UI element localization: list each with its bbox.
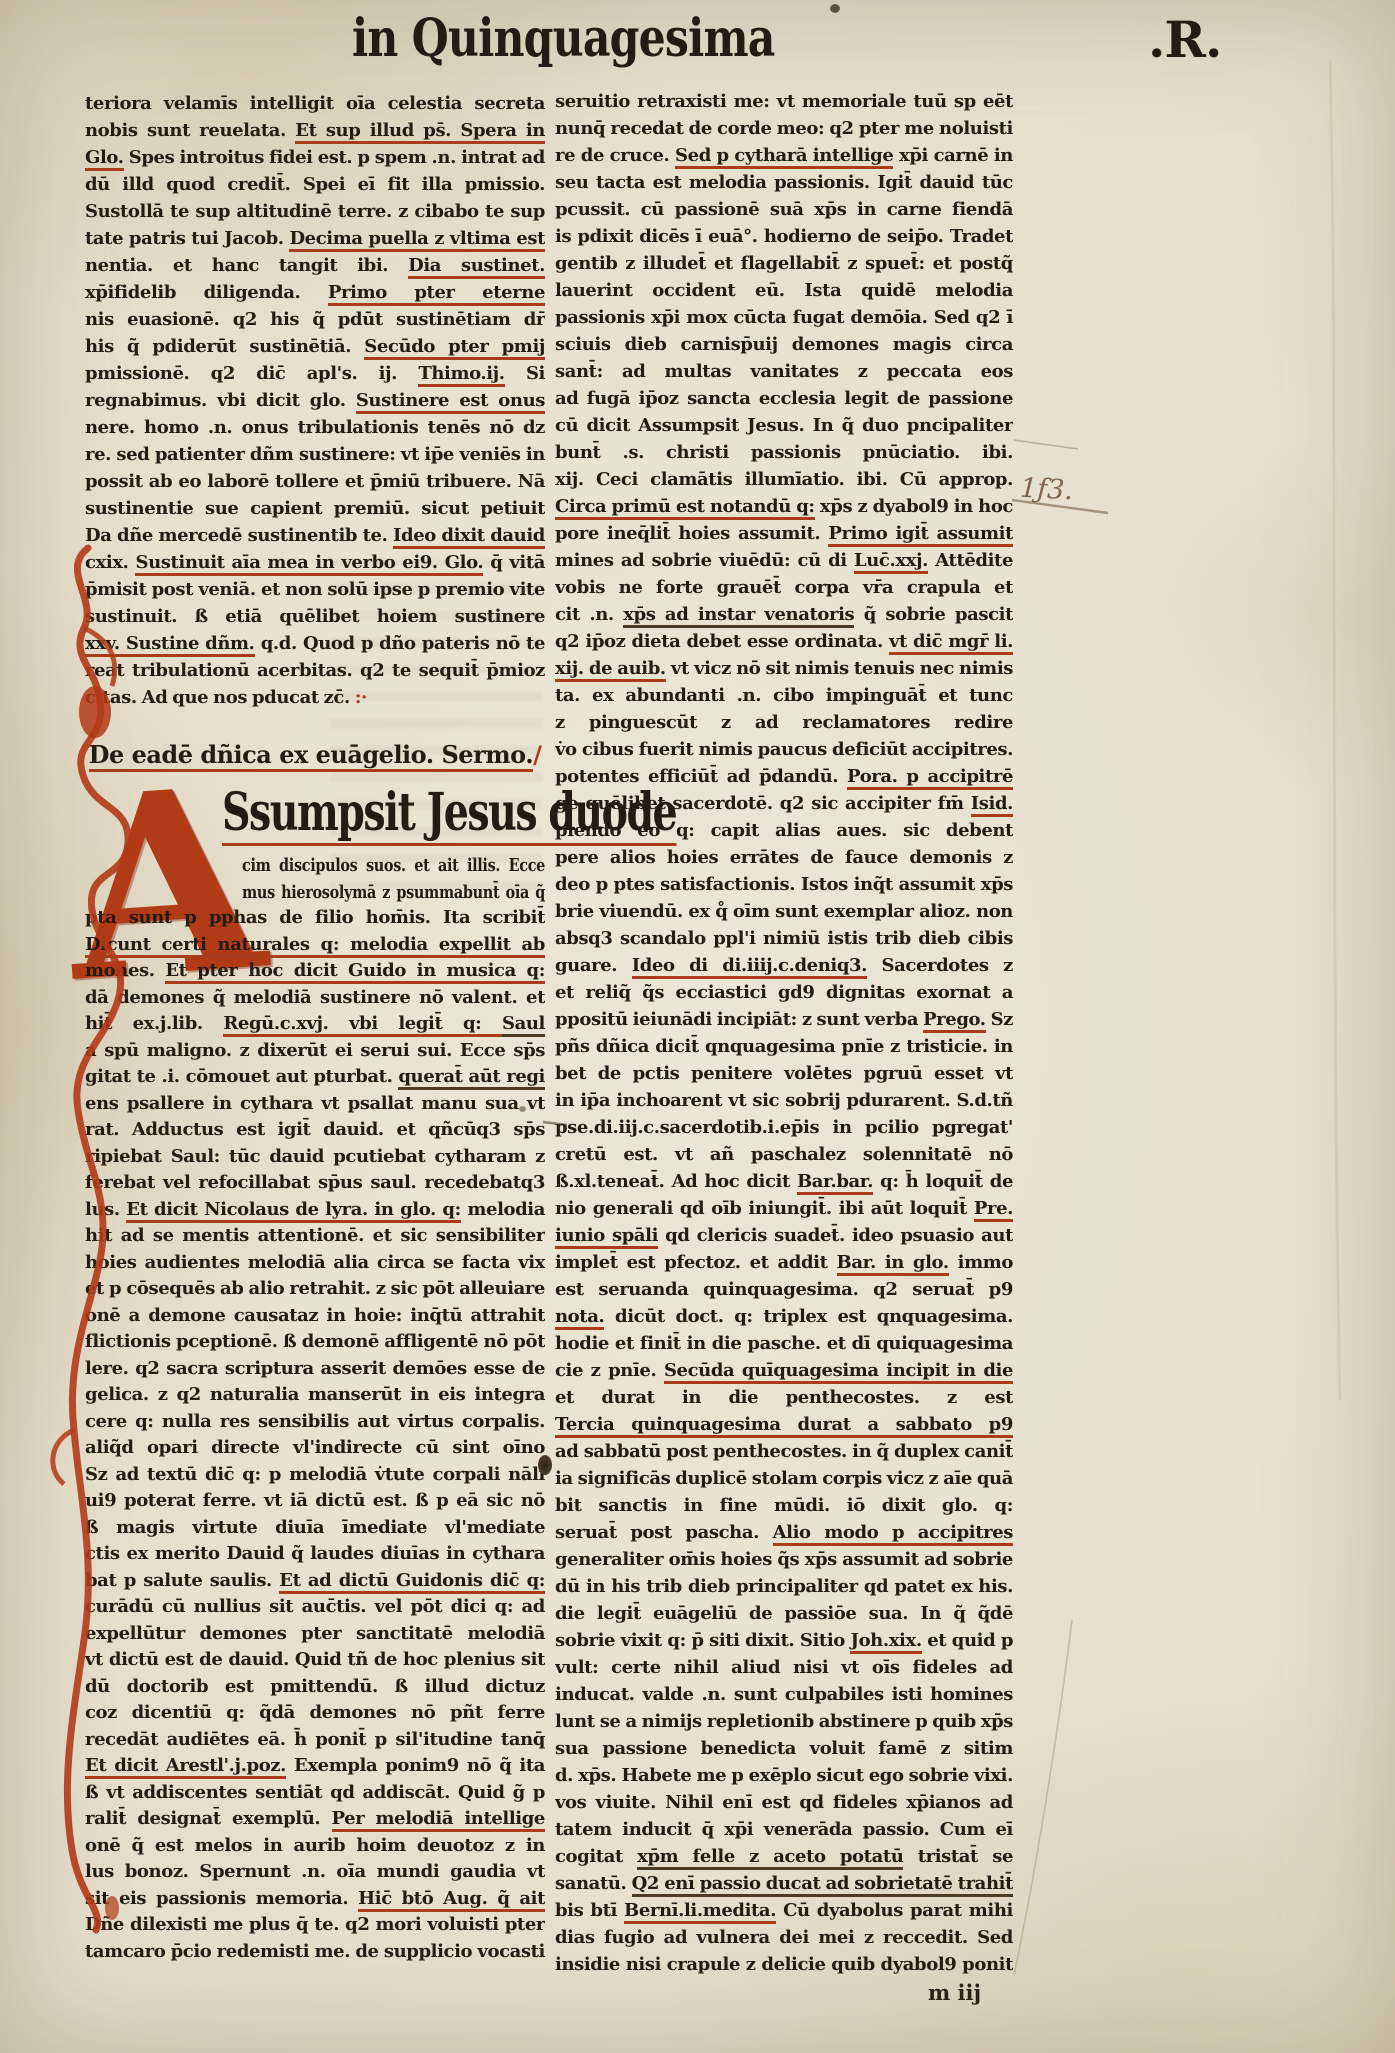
text-line: sua passione benedicta voluit famē z sit… — [555, 1735, 1013, 1762]
text-line: Glo. Spes introitus fidei est. p spem .n… — [85, 144, 545, 171]
text-line: dū in his trib dieb principaliter qd pat… — [555, 1573, 1013, 1600]
text-line: ta. ex abundanti .n. cibo impinguāt̄ et … — [555, 682, 1013, 709]
text-line: ß.xl.teneat̄. Ad hoc dicit Bar.bar. q: h… — [555, 1168, 1013, 1195]
text-line: et p cōsequēs ab alio retrahit. z sic pō… — [85, 1276, 545, 1303]
text-line: rat. Adductus est igit̄ dauid. et qñcūq3… — [85, 1117, 545, 1144]
text-line: ge quēlibet sacerdotē. q2 sic accipiter … — [555, 790, 1013, 817]
right-column: seruitio retraxisti me: vt memoriale tuū… — [555, 88, 1013, 1980]
incunable-page: in Quinquagesima .R. teriora velamīs int… — [0, 0, 1395, 2053]
text-line: xij. de auib. vt vicz nō sit nimis tenui… — [555, 655, 1013, 682]
text-line: hit̄ ex.j.lib. Regū.c.xvj. vbi legit̄ q:… — [85, 1011, 545, 1038]
text-line: ia significās duplicē stolam corpis vicz… — [555, 1465, 1013, 1492]
text-line: lunt se a nimijs repletionib abstinere p… — [555, 1708, 1013, 1735]
text-line: ad sabbatū post penthecostes. in q̃ dupl… — [555, 1438, 1013, 1465]
text-line: re de cruce. Sed p cytharā intellige xp̄… — [555, 142, 1013, 169]
text-line: mines ad sobrie viuēdū: cū di Luc̄.xxj. … — [555, 547, 1013, 574]
text-line: Et dicit Arestl'.j.poz. Exempla ponim9 n… — [85, 1753, 545, 1780]
text-line: reat tribulationū acerbitas. q2 te sequi… — [85, 657, 545, 684]
text-line: pore ineq̄lit̄ hoies assumit. Primo igit… — [555, 520, 1013, 547]
text-line: passionis xp̄i mox cūcta fugat demōia. S… — [555, 304, 1013, 331]
text-line: sustinuit. ß etiā quēlibet hoiem sustine… — [85, 603, 545, 630]
text-line: est seruanda quinquagesima. q2 seruat̄ p… — [555, 1276, 1013, 1303]
text-line: xij. Ceci clamātis illumīatio. ibi. Cū a… — [555, 466, 1013, 493]
text-line: flictionis pceptionē. ß demonē affligent… — [85, 1329, 545, 1356]
text-line: nio generali qd oīb iniungit̄. ibi aūt l… — [555, 1195, 1013, 1222]
text-line: in ip̄a inchoarent vt sic sobrij pdurare… — [555, 1087, 1013, 1114]
text-line: dū illd quod credit̄. Spei eī fit illa p… — [85, 171, 545, 198]
left-column-lower: pta sunt p pphas de filio hom̄is. Ita sc… — [85, 905, 545, 1967]
text-line: Dicunt certi naturales q: melodia expell… — [85, 932, 545, 959]
text-line: nunq̄ recedat de corde meo: q2 pter me n… — [555, 115, 1013, 142]
left-column-upper: teriora velamīs intelligit oīa celestia … — [85, 90, 545, 714]
text-line: ad fugā ip̄oz sancta ecclesia legit de p… — [555, 385, 1013, 412]
text-line: brie viuendū. ex q̊ oīm sunt exemplar al… — [555, 898, 1013, 925]
text-line: cit .n. xp̄s ad instar venatoris q̃ sobr… — [555, 601, 1013, 628]
text-line: possit ab eo laborē tollere et p̄miū tri… — [85, 468, 545, 495]
ink-speck — [830, 4, 840, 13]
text-line: onē a demone causataz in hoie: inq̄tū at… — [85, 1303, 545, 1330]
text-line: d. xp̄s. Habete me p exēplo sicut ego so… — [555, 1762, 1013, 1789]
text-line: lus. Et dicit Nicolaus de lyra. in glo. … — [85, 1197, 545, 1224]
text-line: et durat in die penthecostes. z est quīq… — [555, 1384, 1013, 1411]
text-line: die legit̄ euāgeliū de passiōe sua. In q… — [555, 1600, 1013, 1627]
text-line: mones. Et pter hoc dicit Guido in musica… — [85, 958, 545, 985]
text-line: pta sunt p pphas de filio hom̄is. Ita sc… — [85, 905, 545, 932]
text-line: Da dñe mercedē sustinentib te. Ideo dixi… — [85, 522, 545, 549]
text-line: sanatū. Q2 enī passio ducat ad sobrietat… — [555, 1870, 1013, 1897]
text-line: curādū cū nullius sit auc̄tis. vel pōt d… — [85, 1594, 545, 1621]
text-line: nobis sunt reuelata. Et sup illud ps̄. S… — [85, 117, 545, 144]
text-line: bunt̄ .s. christi passionis pnūciatio. i… — [555, 439, 1013, 466]
text-line: ß vt addiscentes sentiāt qd addiscāt. Qu… — [85, 1780, 545, 1807]
text-line: vos viuite. Nihil enī est qd fideles xp̄… — [555, 1789, 1013, 1816]
text-line: p̄misit post veniā. et non solū ipse p p… — [85, 576, 545, 603]
text-line: mus hierosolymā z psummabunt̄ oīa q̃ scr… — [242, 879, 545, 906]
text-line: insidie nisi crapule z delicie quib dyab… — [555, 1951, 1013, 1978]
text-line: dū doctorib est pmittendū. ß illud dictu… — [85, 1674, 545, 1701]
text-line: bit sanctis in fine mūdi. iō dixit glo. … — [555, 1492, 1013, 1519]
text-line: pñs dñica dicit̄ qnquagesima pnīe z tris… — [555, 1033, 1013, 1060]
text-line: q2 ip̄oz dieta debet esse ordinata. vt d… — [555, 628, 1013, 655]
text-line: Sz ad textū dic̄ q: p melodiā v̇tute cor… — [85, 1462, 545, 1489]
text-line: ui9 poterat ferre. vt iā dictū est. ß p … — [85, 1488, 545, 1515]
text-line: Sustollā te sup altitudinē terre. z ciba… — [85, 198, 545, 225]
text-line: expellūtur demones pter sanctitatē melod… — [85, 1621, 545, 1648]
text-line: z pinguescūt z ad reclamatores redire de… — [555, 709, 1013, 736]
text-line: nis euasionē. q2 his q̃ pdūt sustinētiam… — [85, 306, 545, 333]
quire-signature: m iij — [928, 1980, 981, 2005]
text-line: is pdixit dicēs ī euā°. hodierno de seip… — [555, 223, 1013, 250]
text-line: tamcaro p̄cio redemisti me. de supplicio… — [85, 1939, 545, 1966]
text-line: bet de pctis penitere volētes pgruū esse… — [555, 1060, 1013, 1087]
text-line: ctis ex merito Dauid q̃ laudes diuīas in… — [85, 1541, 545, 1568]
text-line: tatem inducit q̄ xp̄i venerāda passio. C… — [555, 1816, 1013, 1843]
text-line: et reliq̃ q̃s ecciastici gd9 dignitas ex… — [555, 979, 1013, 1006]
text-line: bis btī Bernī.li.medita. Cū dyabolus par… — [555, 1897, 1013, 1924]
text-line: ens psallere in cythara vt psallat manu … — [85, 1091, 545, 1118]
text-line: gentib z illudet̄ et flagellabit̄ z spue… — [555, 250, 1013, 277]
text-line: pmissionē. q2 dic̄ apl's. ij. Thimo.ij. … — [85, 360, 545, 387]
text-line: absq3 scandalo ppl'i nimiū istis trib di… — [555, 925, 1013, 952]
text-line: implet̄ est pfectoz. et addit Bar. in gl… — [555, 1249, 1013, 1276]
text-line: hoies audientes melodiā alia circa se fa… — [85, 1250, 545, 1277]
text-line: inducat. valde .n. sunt culpabiles isti … — [555, 1681, 1013, 1708]
text-line: seruitio retraxisti me: vt memoriale tuū… — [555, 88, 1013, 115]
text-line: pse.di.iij.c.sacerdotib.i.ep̄is in pcili… — [555, 1114, 1013, 1141]
text-line: hodie et finit̄ in die pasche. et dī qui… — [555, 1330, 1013, 1357]
text-line: v̇o cibus fuerit nimis paucus deficiūt a… — [555, 736, 1013, 763]
text-line: onē q̃ est melos in aurib hoim deuotoz z… — [85, 1833, 545, 1860]
text-line: sobrie vixit q: p̄ siti dixit. Sitio Joh… — [555, 1627, 1013, 1654]
text-line: vult: certe nihil aliud nisi vt oīs fide… — [555, 1654, 1013, 1681]
text-line: pere alios hoies errātes de fauce demoni… — [555, 844, 1013, 871]
text-line: sant̄: ad multas vanitates z peccata eos… — [555, 358, 1013, 385]
text-line: lus bonoz. Spernunt .n. oīa mundi gaudia… — [85, 1859, 545, 1886]
text-line: deo p ptes satisfactionis. Istos inq̃t a… — [555, 871, 1013, 898]
text-line: a spū maligno. z dixerūt ei serui sui. E… — [85, 1038, 545, 1065]
text-line: nota. dicūt doct. q: triplex est qnquage… — [555, 1303, 1013, 1330]
text-line: re. sed patienter dñm sustinere: vt ip̄e… — [85, 441, 545, 468]
text-line: guare. Ideo di di.iiij.c.deniq3. Sacerdo… — [555, 952, 1013, 979]
text-line: aliq̃d opari directe vl'indirecte cū sin… — [85, 1435, 545, 1462]
text-line: cogitat xp̄m felle z aceto potatū trista… — [555, 1843, 1013, 1870]
text-line: cretū est. vt añ paschalez solennitatē n… — [555, 1141, 1013, 1168]
text-line: bat p salute saulis. Et ad dictū Guidoni… — [85, 1568, 545, 1595]
text-line: coz dicentiū q: q̃dā demones nō pñt ferr… — [85, 1700, 545, 1727]
text-line: regnabimus. vbi dicit glo. Sustinere est… — [85, 387, 545, 414]
running-title: in Quinquagesima — [352, 8, 775, 69]
text-line: cim discipulos suos. et ait illis. Ecce … — [242, 852, 545, 879]
text-line: lere. q2 sacra scriptura asserit demōes … — [85, 1356, 545, 1383]
text-line: ß magis virtute diuīa īmediate vl'mediat… — [85, 1515, 545, 1542]
text-line: piendo eo q: capit alias aues. sic deben… — [555, 817, 1013, 844]
text-line: sustinentie sue capient premiū. sicut pe… — [85, 495, 545, 522]
text-line: xxv. Sustine dñm. q.d. Quod p dño pateri… — [85, 630, 545, 657]
text-line: pcussit. cū passionē suā xp̄s in carne f… — [555, 196, 1013, 223]
text-line: his q̃ pdiderūt sustinētiā. Secūdo pter … — [85, 333, 545, 360]
text-line: gelica. z q2 naturalia manserūt in eis i… — [85, 1382, 545, 1409]
text-line: seu tacta est melodia passionis. Igit̄ d… — [555, 169, 1013, 196]
text-line: cū dicit Assumpsit Jesus. In q̃ duo pnci… — [555, 412, 1013, 439]
ink-speck-2 — [519, 1106, 526, 1112]
text-line: teriora velamīs intelligit oīa celestia … — [85, 90, 545, 117]
incipit-indent-lines: cim discipulos suos. et ait illis. Ecce … — [242, 852, 545, 908]
text-line: cxix. Sustinuit aīa mea in verbo ei9. Gl… — [85, 549, 545, 576]
text-line: xp̄ifidelib diligenda. Primo pter eterne… — [85, 279, 545, 306]
text-line: gitat te .i. cōmouet aut pturbat. querat… — [85, 1064, 545, 1091]
text-line: dā demones q̃ melodiā sustinere nō valen… — [85, 985, 545, 1012]
text-line: ripiebat Saul: tūc dauid pcutiebat cytha… — [85, 1144, 545, 1171]
text-line: ferebat vel refocillabat sp̄us saul. rec… — [85, 1170, 545, 1197]
text-line: ralit̄ designat̄ exemplū. Per melodiā in… — [85, 1806, 545, 1833]
text-line: lauerint occident eū. Ista quidē melodia… — [555, 277, 1013, 304]
folio-letter: .R. — [1148, 10, 1221, 69]
text-line: hit ad se mentis attentionē. et sic sens… — [85, 1223, 545, 1250]
text-line: ppositū ieiunādi incipiāt: z sunt verba … — [555, 1006, 1013, 1033]
text-line: cere q: nulla res sensibilis aut virtus … — [85, 1409, 545, 1436]
text-line: Dñe dilexisti me plus q̄ te. q2 mori vol… — [85, 1912, 545, 1939]
text-line: Circa primū est notandū q: xp̄s z dyabol… — [555, 493, 1013, 520]
text-line: nere. homo .n. onus tribulationis tenēs … — [85, 414, 545, 441]
text-line: potentes efficiūt̄ ad p̄dandū. Pora. p a… — [555, 763, 1013, 790]
text-line: sit eis passionis memoria. Hic̄ btō Aug.… — [85, 1886, 545, 1913]
text-line: recedāt audiētes eā. h̄ ponit̄ p sil'itu… — [85, 1727, 545, 1754]
text-line: dias fugio ad vulnera dei mei z reccedit… — [555, 1924, 1013, 1951]
text-line: seruat̄ post pascha. Alio modo p accipit… — [555, 1519, 1013, 1546]
text-line: Tercia quinquagesima durat a sabbato p9 … — [555, 1411, 1013, 1438]
text-line: nentia. et hanc tangit ibi. Dia sustinet… — [85, 252, 545, 279]
text-line: citas. Ad que nos pducat zc̄. :· — [85, 684, 545, 711]
text-line: sciuis dieb carnisp̄uij demones magis ci… — [555, 331, 1013, 358]
text-line: generaliter om̄is hoies q̃s xp̄s assumit… — [555, 1546, 1013, 1573]
text-line: vobis ne forte grauēt̄ corpa vr̄a crapul… — [555, 574, 1013, 601]
text-line: iunio spāli qd clericis suadet̄. ideo ps… — [555, 1222, 1013, 1249]
ink-blot — [538, 1455, 552, 1475]
text-line: vt dictū est de dauid. Quid tñ de hoc pl… — [85, 1647, 545, 1674]
text-line: cie z pnīe. Secūda quīquagesima incipit … — [555, 1357, 1013, 1384]
handwritten-margin-note: 1ƒ3. — [1019, 473, 1073, 507]
text-line: tate patris tui Jacob. Decima puella z v… — [85, 225, 545, 252]
